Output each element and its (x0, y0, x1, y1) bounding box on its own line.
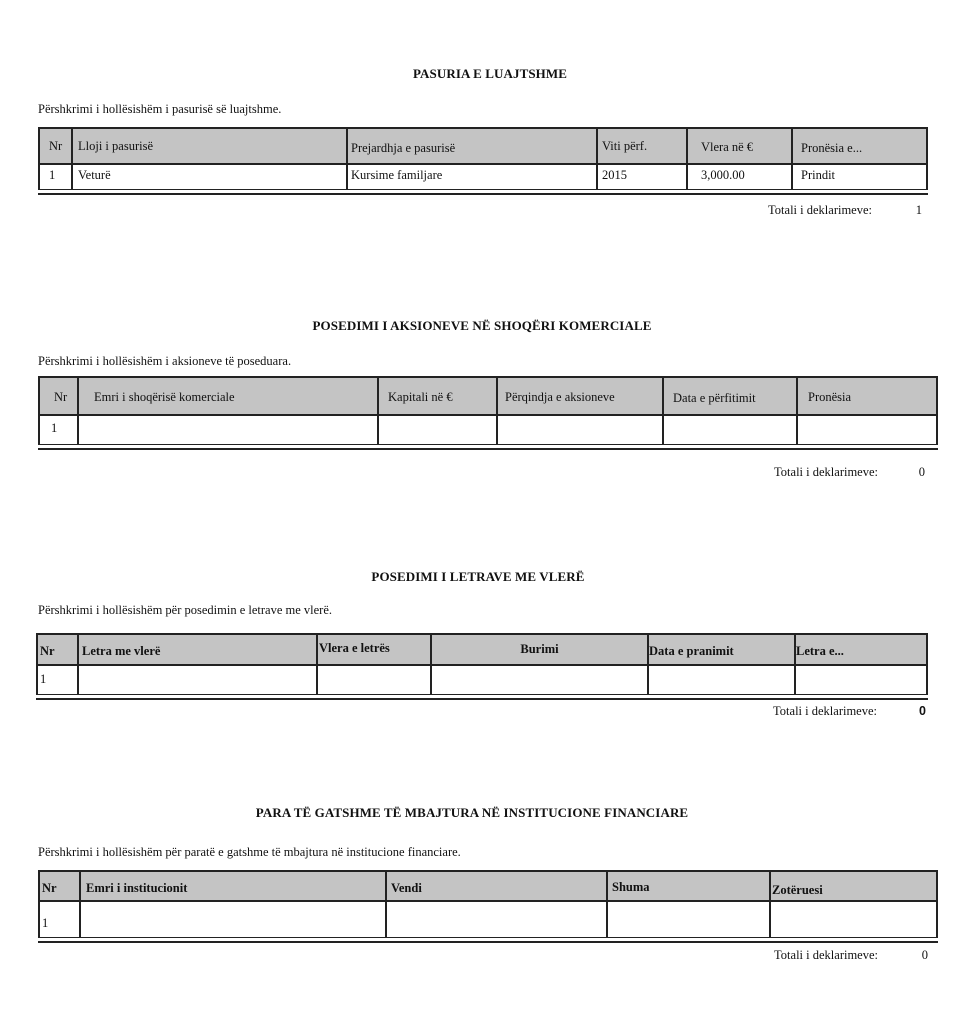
column-header: Vlera në € (688, 129, 793, 163)
cell-security (79, 666, 318, 696)
table-bottom-double-line (38, 937, 938, 943)
table-bottom-double-line (38, 189, 928, 195)
cell-source (432, 666, 649, 696)
section-description: Përshkrimi i hollësishëm për paratë e ga… (38, 845, 461, 860)
section-title-movable-property: PASURIA E LUAJTSHME (0, 66, 980, 82)
shares-table: Nr Emri i shoqërisë komerciale Kapitali … (38, 376, 938, 450)
column-header: Kapitali në € (379, 378, 498, 414)
table-bottom-double-line (38, 444, 938, 450)
section-title-shares: POSEDIMI I AKSIONEVE NË SHOQËRI KOMERCIA… (0, 318, 972, 334)
table-header-row: Nr Emri i institucionit Vendi Shuma Zotë… (40, 872, 936, 902)
declarations-total: Totali i deklarimeve: 0 (600, 704, 930, 720)
cell-security-value (318, 666, 432, 696)
total-value: 0 (922, 948, 928, 963)
column-header: Emri i shoqërisë komerciale (79, 378, 379, 414)
table-header-row: Nr Emri i shoqërisë komerciale Kapitali … (40, 378, 936, 416)
cell-country (387, 902, 608, 939)
cash-institutions-table: Nr Emri i institucionit Vendi Shuma Zotë… (38, 870, 938, 943)
column-header: Nr (38, 635, 79, 664)
cell-amount (608, 902, 771, 939)
cell-nr: 1 (38, 666, 79, 696)
column-header: Viti përf. (598, 129, 688, 163)
column-header: Pronësia (798, 378, 936, 414)
declarations-total: Totali i deklarimeve: 1 (600, 203, 930, 219)
cell-receipt-date (649, 666, 796, 696)
movable-property-table: Nr Lloji i pasurisë Prejardhja e pasuris… (38, 127, 928, 195)
column-header: Përqindja e aksioneve (498, 378, 664, 414)
column-header: Emri i institucionit (81, 872, 387, 900)
section-description: Përshkrimi i hollësishëm për posedimin e… (38, 603, 332, 618)
column-header: Data e përfitimit (664, 378, 798, 414)
column-header: Vlera e letrës (318, 635, 432, 664)
column-header: Burimi (432, 635, 649, 664)
column-header: Nr (40, 129, 73, 163)
cell-security-of (796, 666, 926, 696)
total-value: 0 (919, 465, 925, 480)
column-header: Pronësia e... (793, 129, 926, 163)
column-header: Letra e... (796, 635, 926, 664)
column-header: Vendi (387, 872, 608, 900)
total-label: Totali i deklarimeve: (768, 203, 872, 218)
section-description: Përshkrimi i hollësishëm i aksioneve të … (38, 354, 291, 369)
section-description: Përshkrimi i hollësishëm i pasurisë së l… (38, 102, 281, 117)
cell-institution-name (81, 902, 387, 939)
total-label: Totali i deklarimeve: (773, 704, 877, 719)
table-row: 1 (38, 666, 926, 696)
total-value: 0 (919, 704, 926, 718)
column-header: Nr (40, 378, 79, 414)
total-label: Totali i deklarimeve: (774, 948, 878, 963)
table-bottom-double-line (36, 694, 928, 700)
declarations-total: Totali i deklarimeve: 0 (600, 948, 930, 964)
total-value: 1 (916, 203, 922, 218)
declarations-total: Totali i deklarimeve: 0 (600, 465, 930, 481)
cell-holder (771, 902, 936, 939)
column-header: Zotëruesi (771, 872, 936, 900)
securities-table: Nr Letra me vlerë Vlera e letrës Burimi … (36, 633, 928, 700)
table-header-row: Nr Lloji i pasurisë Prejardhja e pasuris… (40, 129, 926, 165)
column-header: Prejardhja e pasurisë (348, 129, 598, 163)
total-label: Totali i deklarimeve: (774, 465, 878, 480)
column-header: Letra me vlerë (79, 635, 318, 664)
section-title-cash-in-institutions: PARA TË GATSHME TË MBAJTURA NË INSTITUCI… (0, 805, 962, 821)
column-header: Lloji i pasurisë (73, 129, 348, 163)
column-header: Data e pranimit (649, 635, 796, 664)
column-header: Nr (40, 872, 81, 900)
column-header: Shuma (608, 872, 771, 900)
cell-nr: 1 (40, 902, 81, 939)
section-title-securities: POSEDIMI I LETRAVE ME VLERË (0, 569, 968, 585)
table-header-row: Nr Letra me vlerë Vlera e letrës Burimi … (38, 635, 926, 666)
table-row: 1 (40, 902, 936, 939)
